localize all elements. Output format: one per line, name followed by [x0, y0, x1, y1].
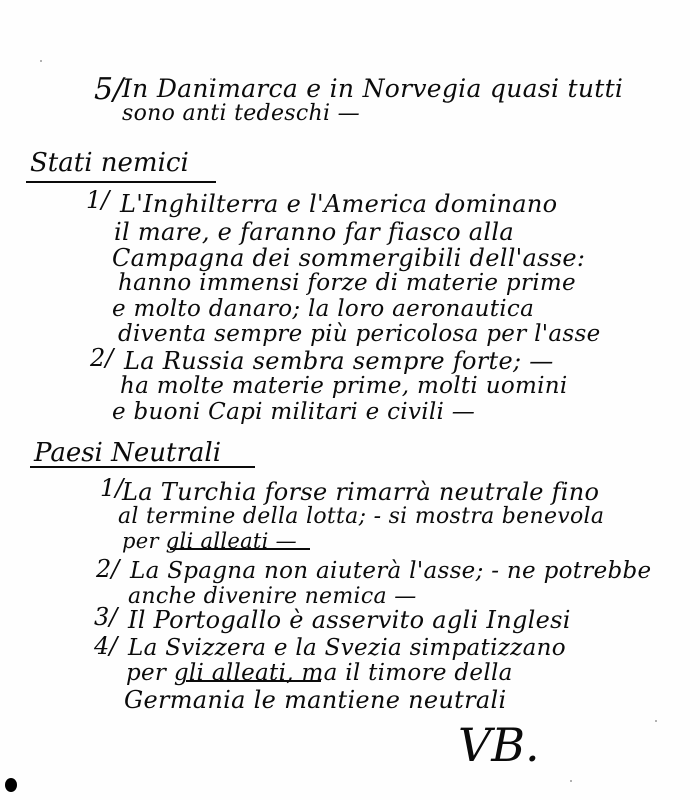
- signature-initials: VB.: [458, 718, 540, 772]
- text-line: La Svizzera e la Svezia simpatizzano: [128, 635, 566, 661]
- section-heading-neutral-countries: Paesi Neutrali: [34, 438, 221, 468]
- item-number: 4/: [94, 632, 117, 660]
- item-number: 5/: [94, 72, 123, 107]
- text-line: In Danimarca e in Norvegia quasi tutti: [122, 74, 623, 103]
- text-line: hanno immensi forze di materie prime: [118, 270, 576, 296]
- item-number: 1/: [86, 186, 109, 214]
- text-line: ha molte materie prime, molti uomini: [120, 373, 568, 399]
- text-line: Campagna dei sommergibili dell'asse:: [112, 244, 585, 272]
- section-heading-enemy-states: Stati nemici: [30, 148, 189, 178]
- item-number: 2/: [96, 555, 119, 583]
- scan-speck: [570, 780, 572, 782]
- text-line: La Russia sembra sempre forte; —: [124, 347, 554, 375]
- text-line: il mare, e faranno far fiasco alla: [114, 218, 514, 246]
- heading-underline: [26, 181, 216, 183]
- heading-underline: [30, 466, 255, 468]
- text-line: L'Inghilterra e l'America dominano: [120, 190, 557, 218]
- text-line: per gli alleati, ma il timore della: [126, 660, 513, 686]
- text-line: diventa sempre più pericolosa per l'asse: [118, 321, 601, 347]
- text-line: Germania le mantiene neutrali: [124, 686, 506, 714]
- text-line: La Turchia forse rimarrà neutrale fino: [122, 478, 599, 506]
- text-line: Il Portogallo è asservito agli Inglesi: [128, 606, 571, 634]
- text-line: e molto danaro; la loro aeronautica: [112, 296, 534, 322]
- item-number: 2/: [90, 344, 113, 372]
- text-underline: [170, 548, 310, 550]
- text-underline: [186, 680, 321, 682]
- item-number: 1/: [100, 474, 123, 502]
- text-line: e buoni Capi militari e civili —: [112, 399, 475, 425]
- punch-hole-mark: [5, 778, 17, 792]
- scan-speck: [210, 78, 212, 80]
- scan-speck: [655, 720, 657, 722]
- text-line: al termine della lotta; - si mostra bene…: [118, 504, 604, 529]
- item-number: 3/: [94, 603, 117, 631]
- text-line: sono anti tedeschi —: [122, 101, 360, 126]
- scan-speck: [40, 60, 42, 62]
- handwritten-document-page: 5/ In Danimarca e in Norvegia quasi tutt…: [0, 0, 700, 800]
- text-line: La Spagna non aiuterà l'asse; - ne potre…: [130, 558, 651, 584]
